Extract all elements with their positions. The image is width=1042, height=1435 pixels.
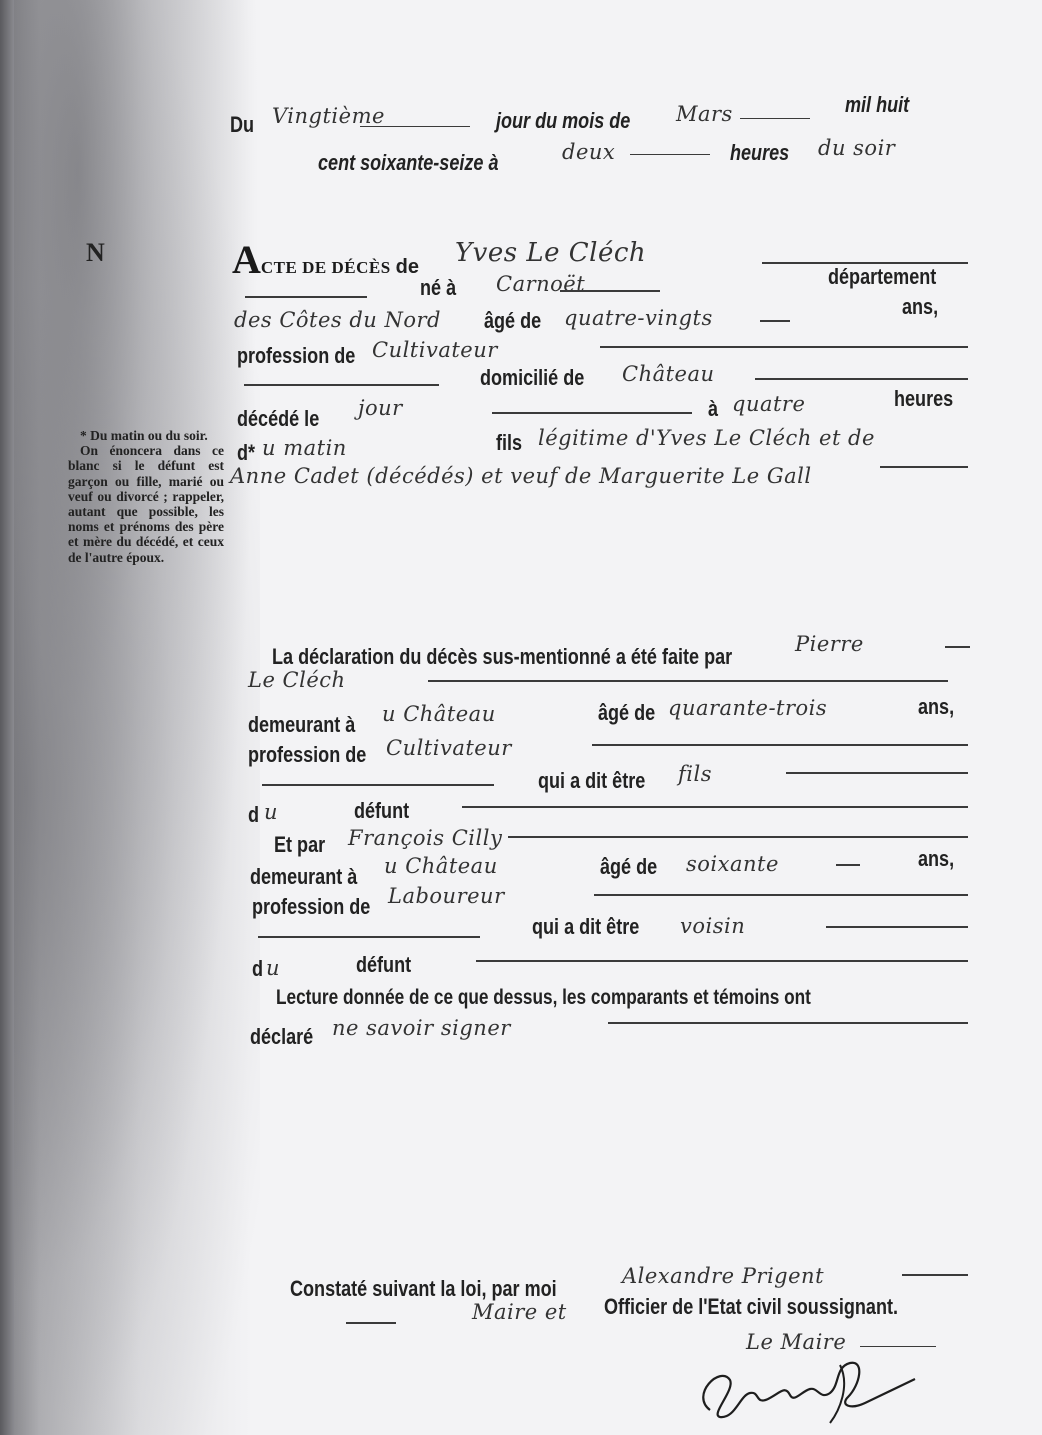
fill-rule [740,118,810,119]
label-defunt-1: défunt [354,798,409,824]
fill-rule [428,680,948,682]
fill-rule [594,894,968,896]
label-officier: Officier de l'Etat civil soussignant. [604,1294,898,1320]
label-constate: Constaté suivant la loi, par moi [290,1276,557,1302]
label-departement: département [828,264,936,290]
document-page: N Du Vingtième jour du mois de Mars mil … [0,0,1042,1435]
label-heures-2: heures [894,386,953,412]
fill-rule [592,744,968,746]
field-declarant2-name: François Cilly [348,826,502,850]
fill-rule [476,960,968,962]
field-month: Mars [676,102,733,126]
field-signature-title: Le Maire [746,1330,846,1354]
field-declarant2-d: u [266,956,280,980]
label-ans-1: ans, [918,694,954,720]
fill-rule [492,412,692,414]
label-ans: ans, [902,294,938,320]
field-day: Vingtième [272,104,385,128]
field-age: quatre-vingts [564,306,713,330]
label-declaration-intro: La déclaration du décès sus-mentionné a … [272,644,732,670]
field-period: du soir [818,136,895,160]
label-fils: fils [496,430,522,456]
field-domicile: Château [622,362,715,386]
fill-rule [508,836,968,838]
label-profession-1: profession de [248,742,366,768]
label-a: à [708,396,718,422]
fill-rule [786,772,968,774]
label-d-2: d [252,956,263,982]
fill-rule [244,384,439,386]
label-relation-2: qui a dit être [532,914,639,940]
fill-rule [945,646,970,648]
label-du: Du [230,112,254,138]
margin-note-2: On énoncera dans ce blanc si le défunt e… [68,443,224,565]
label-relation-1: qui a dit être [538,768,645,794]
field-decede-hour: quatre [732,392,805,416]
label-ans-2: ans, [918,846,954,872]
fill-rule [755,378,968,380]
label-age-1: âgé de [598,700,655,726]
field-declarant2-relation: voisin [680,914,745,938]
label-ne-a: né à [420,275,456,301]
fill-rule [360,126,470,127]
label-heures: heures [730,140,789,166]
title-initial: A [232,237,261,282]
field-declarant1-age: quarante-trois [668,696,827,720]
field-filiation-2: Anne Cadet (décédés) et veuf de Margueri… [230,464,812,488]
label-d-star: d* [237,440,255,466]
binding-edge [0,0,14,1435]
mayor-signature: Prigent [690,1355,920,1425]
label-jour-du-mois: jour du mois de [496,108,630,134]
fill-rule [826,926,968,928]
fill-rule [860,1346,936,1347]
field-deceased-name: Yves Le Cléch [455,238,646,268]
field-declarant1-relation: fils [678,762,712,786]
field-declarant1-last-name: Le Cléch [248,668,346,692]
margin-marker: N [86,238,105,268]
fill-rule [630,154,710,155]
field-declarant2-profession: Laboureur [388,884,505,908]
fill-rule [560,290,660,292]
field-filiation-1: légitime d'Yves Le Cléch et de [538,426,875,450]
label-lecture: Lecture donnée de ce que dessus, les com… [276,986,811,1010]
fill-rule [346,1322,396,1324]
field-declarant1-d: u [264,800,278,824]
fill-rule [760,320,790,322]
fill-rule [608,1022,968,1024]
field-declarant1-residence: u Château [382,702,496,726]
field-declarant2-residence: u Château [384,854,498,878]
field-declare-value: ne savoir signer [332,1016,511,1040]
fill-rule [902,1274,968,1276]
field-declarant1-profession: Cultivateur [386,736,512,760]
field-hour: deux [562,140,615,164]
label-defunt-2: défunt [356,952,411,978]
label-decede-le: décédé le [237,406,319,432]
fill-rule [462,806,968,808]
field-decede-period: u matin [262,436,347,460]
field-declarant2-age: soixante [686,852,779,876]
label-age: âgé de [484,308,541,334]
field-officer-name: Alexandre Prigent [622,1264,824,1288]
worn-margin [0,0,260,1435]
label-d-1: d [248,802,259,828]
label-cent-soixante-seize: cent soixante-seize à [318,150,498,176]
label-declare: déclaré [250,1024,313,1050]
field-profession: Cultivateur [372,338,498,362]
label-et-par: Et par [274,832,325,858]
label-profession-2: profession de [252,894,370,920]
fill-rule [245,296,367,298]
label-profession: profession de [237,343,355,369]
field-decede-day: jour [358,396,403,420]
label-de: de [396,256,419,278]
label-age-2: âgé de [600,854,657,880]
label-demeurant-1: demeurant à [248,712,355,738]
field-role-hand: Maire et [472,1300,567,1324]
fill-rule [258,936,480,938]
field-declarant1-first-name: Pierre [795,632,864,656]
margin-instructions: * Du matin ou du soir. On énoncera dans … [68,428,224,565]
title-rest: CTE DE DÉCÈS [261,258,391,277]
signature-flourish-icon [690,1355,920,1425]
fill-rule [880,466,968,468]
fill-rule [262,784,494,786]
field-departement: des Côtes du Nord [234,308,441,332]
label-domicile: domicilié de [480,365,584,391]
document-title: ACTE DE DÉCÈS de [232,236,419,283]
margin-note-1: * Du matin ou du soir. [68,428,224,443]
field-birthplace: Carnoët [496,272,585,296]
fill-rule [836,864,860,866]
label-demeurant-2: demeurant à [250,864,357,890]
label-mil-huit: mil huit [845,92,909,118]
fill-rule [600,346,968,348]
